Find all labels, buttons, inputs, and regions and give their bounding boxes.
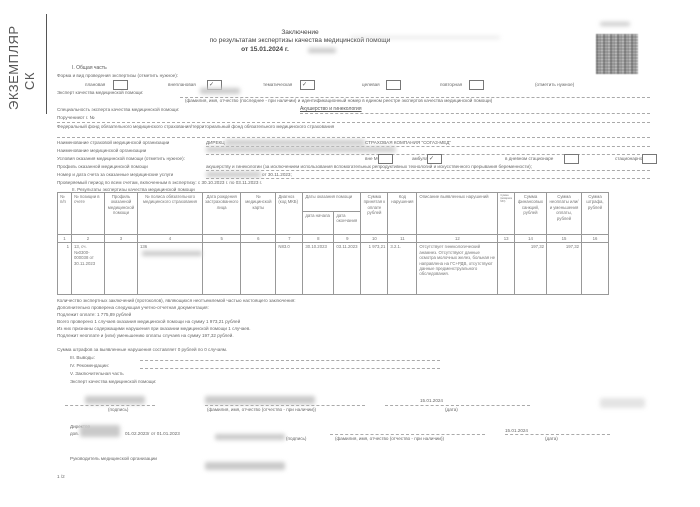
expert-caption: (фамилия, имя, отчество (последнее - при… (185, 98, 492, 104)
col-header-dates: Даты оказания помощи (303, 193, 361, 212)
table-header-row: № п/п № позиции в счете Профиль оказанно… (58, 193, 609, 212)
cell-date-end: 03.11.2023 (334, 243, 361, 295)
redacted-director-name (80, 425, 120, 437)
insurer-label: Наименование страховой медицинской орган… (57, 140, 169, 146)
redacted-insurer (225, 140, 365, 145)
summary-line-5: Из них признаны содержащими нарушения пр… (57, 326, 251, 332)
cell-diagnosis: N83.0 (276, 243, 303, 295)
col-header-fine: Сумма штрафа, рублей (581, 193, 608, 235)
period-line: Проверяемый период по всем счетам, включ… (57, 180, 262, 186)
conclusions-label: III. Выводы: (70, 355, 95, 361)
stamp-line2: СК (22, 72, 37, 90)
cond-inpatient-checkbox[interactable] (642, 154, 657, 164)
sign-caption-2: (подпись) (286, 436, 306, 442)
name-caption-2: (фамилия, имя, отчество (отчество - при … (335, 436, 444, 442)
table-row: 1 13, сч. №0300-000038 от 30.11.2023 136… (58, 243, 609, 295)
cell-nonpayment: 197,32 (546, 243, 581, 295)
bleed-text (350, 36, 500, 39)
col-header-date-end: дата окончания (334, 212, 361, 235)
qr-code (596, 34, 638, 74)
summary-line-3: Подлежит оплате: 1 775,89 рублей (57, 312, 131, 318)
form-option-thematic-label: тематическая (263, 82, 292, 88)
form-option-repeat-checkbox[interactable] (469, 80, 484, 90)
column-number-row: 1 2 3 4 5 6 7 8 9 10 11 12 13 14 15 16 (58, 235, 609, 243)
form-option-unplanned-label: внеплановая (168, 82, 196, 88)
col-header-sanctions: Сумма финансовых санкций, рублей (514, 193, 546, 235)
redacted-expert-name (200, 88, 240, 94)
order-value: от г. № (80, 115, 94, 121)
col-header-13: Сумма (возврата МО) (498, 193, 515, 235)
summary-line-1: Количество экспертных заключений (проток… (57, 298, 296, 304)
profile-label: Профиль оказанной медицинской помощи (57, 164, 148, 170)
cond-ambulatory-checkbox[interactable]: ✓ (427, 154, 442, 164)
fund-line: Федеральный фонд обязательного медицинск… (57, 124, 334, 130)
doc-title: Заключение (200, 29, 400, 36)
redacted-doc-number (308, 48, 336, 53)
page-marker: 1 /2 (57, 474, 65, 480)
col-header-description: Описание выявленных нарушений (417, 193, 498, 235)
redacted-policy (142, 251, 202, 256)
date-caption-2: (дата) (545, 436, 558, 442)
col-header-birth: Дата рождения застрахованного лица (203, 193, 241, 235)
summary-line-4: Всего проверено 1 случаев оказания медиц… (57, 319, 240, 325)
results-table: № п/п № позиции в счете Профиль оказанно… (57, 192, 609, 295)
summary-line-2: Дополнительно проверена следующая учетно… (57, 305, 209, 311)
order-label: Поручение: (57, 115, 82, 121)
form-label: Форма и вид проведения экспертизы (отмет… (57, 73, 178, 79)
sign-caption: (подпись) (108, 407, 128, 413)
cond-inpatient-label: стационарно (615, 156, 642, 162)
cond-dayhospital-label: в дневном стационаре (505, 156, 553, 162)
head-label: Руководитель медицинской организации (70, 456, 157, 462)
col-header-policy: № полиса обязательного медицинского стра… (138, 193, 203, 235)
cell-position: 13, сч. №0300-000038 от 30.11.2023 (72, 243, 105, 295)
col-header-position: № позиции в счете (72, 193, 105, 235)
stamp-line1: ЭКЗЕМПЛЯР (6, 25, 21, 110)
date-value: 15.01.2024 (420, 398, 443, 404)
form-option-repeat-label: повторная (440, 82, 462, 88)
cell-violation-code: 3.2.1. (388, 243, 417, 295)
section-general-title: I. Общая часть (72, 65, 107, 71)
conditions-label: Условия оказания медицинской помощи (отм… (57, 156, 185, 162)
copy-stamp: ЭКЗЕМПЛЯР СК (4, 14, 47, 114)
form-option-planned-checkbox[interactable] (113, 80, 128, 90)
expert-sign-label: Эксперт качества медицинской помощи: (70, 379, 156, 385)
cond-outside-checkbox[interactable] (378, 154, 393, 164)
specialty-value: Акушерство и гинекология (300, 106, 362, 112)
cell-description: Отсутствует гинекологический анамнез. От… (417, 243, 498, 295)
invoice-label: Номер и дата счета за оказанные медицинс… (57, 172, 173, 178)
recommendations-label: IV. Рекомендации: (70, 363, 109, 369)
doc-date: от 15.01.2024 г. (220, 46, 310, 53)
summary-line-6: Подлежит неоплате и (или) уменьшению опл… (57, 333, 234, 339)
redacted-invoice-number (206, 172, 261, 177)
col-header-n: № п/п (58, 193, 72, 235)
cell-policy: 136 (138, 243, 203, 295)
col-header-card: № медицинской карты (241, 193, 276, 235)
name-caption: (фамилия, имя, отчество (отчество - при … (207, 407, 316, 413)
form-option-targeted-checkbox[interactable] (386, 80, 401, 90)
director-basis-prefix: дов. (70, 431, 79, 437)
redacted-stamp (600, 398, 645, 408)
redacted-head-name (205, 462, 285, 470)
form-option-thematic-checkbox[interactable]: ✓ (300, 80, 315, 90)
expert-label: Эксперт качества медицинской помощи: (57, 90, 143, 96)
redacted-expert-fullname (205, 396, 315, 404)
final-part-label: V. Заключительная часть (70, 371, 124, 377)
cell-sanctions: 197,32 (514, 243, 546, 295)
cell-date-start: 30.10.2023 (303, 243, 334, 295)
cond-dayhospital-checkbox[interactable] (564, 154, 579, 164)
director-basis: 01.02.2023г от 01.01.2023 (125, 431, 180, 437)
redacted-director-signature (215, 434, 285, 440)
org-label: Наименование медицинской организации (57, 148, 146, 154)
col-header-code: Код нарушения (388, 193, 417, 235)
date-caption: (дата) (445, 407, 458, 413)
col-header-diagnosis: Диагноз (код МКБ) (276, 193, 303, 235)
form-option-planned-label: плановая (85, 82, 105, 88)
col-header-nonpayment: Сумма неоплаты или/ и уменьшения оплаты,… (546, 193, 581, 235)
redacted-expert-signature (85, 396, 145, 404)
form-option-targeted-label: целевая (362, 82, 380, 88)
redacted-org-name (206, 147, 396, 152)
cell-sum-accepted: 1 973,21 (361, 243, 388, 295)
summary-line-7: Сумма штрафов за выявленные нарушения со… (57, 347, 227, 353)
redacted-qr-caption (600, 22, 630, 26)
specialty-label: Специальность эксперта качества медицинс… (57, 107, 179, 113)
form-note: (отметить нужное) (535, 82, 574, 88)
col-header-profile: Профиль оказанной медицинской помощи (105, 193, 138, 235)
col-header-accepted: Сумма принятая к оплате рублей (361, 193, 388, 235)
col-header-date-start: дата начала (303, 212, 334, 235)
